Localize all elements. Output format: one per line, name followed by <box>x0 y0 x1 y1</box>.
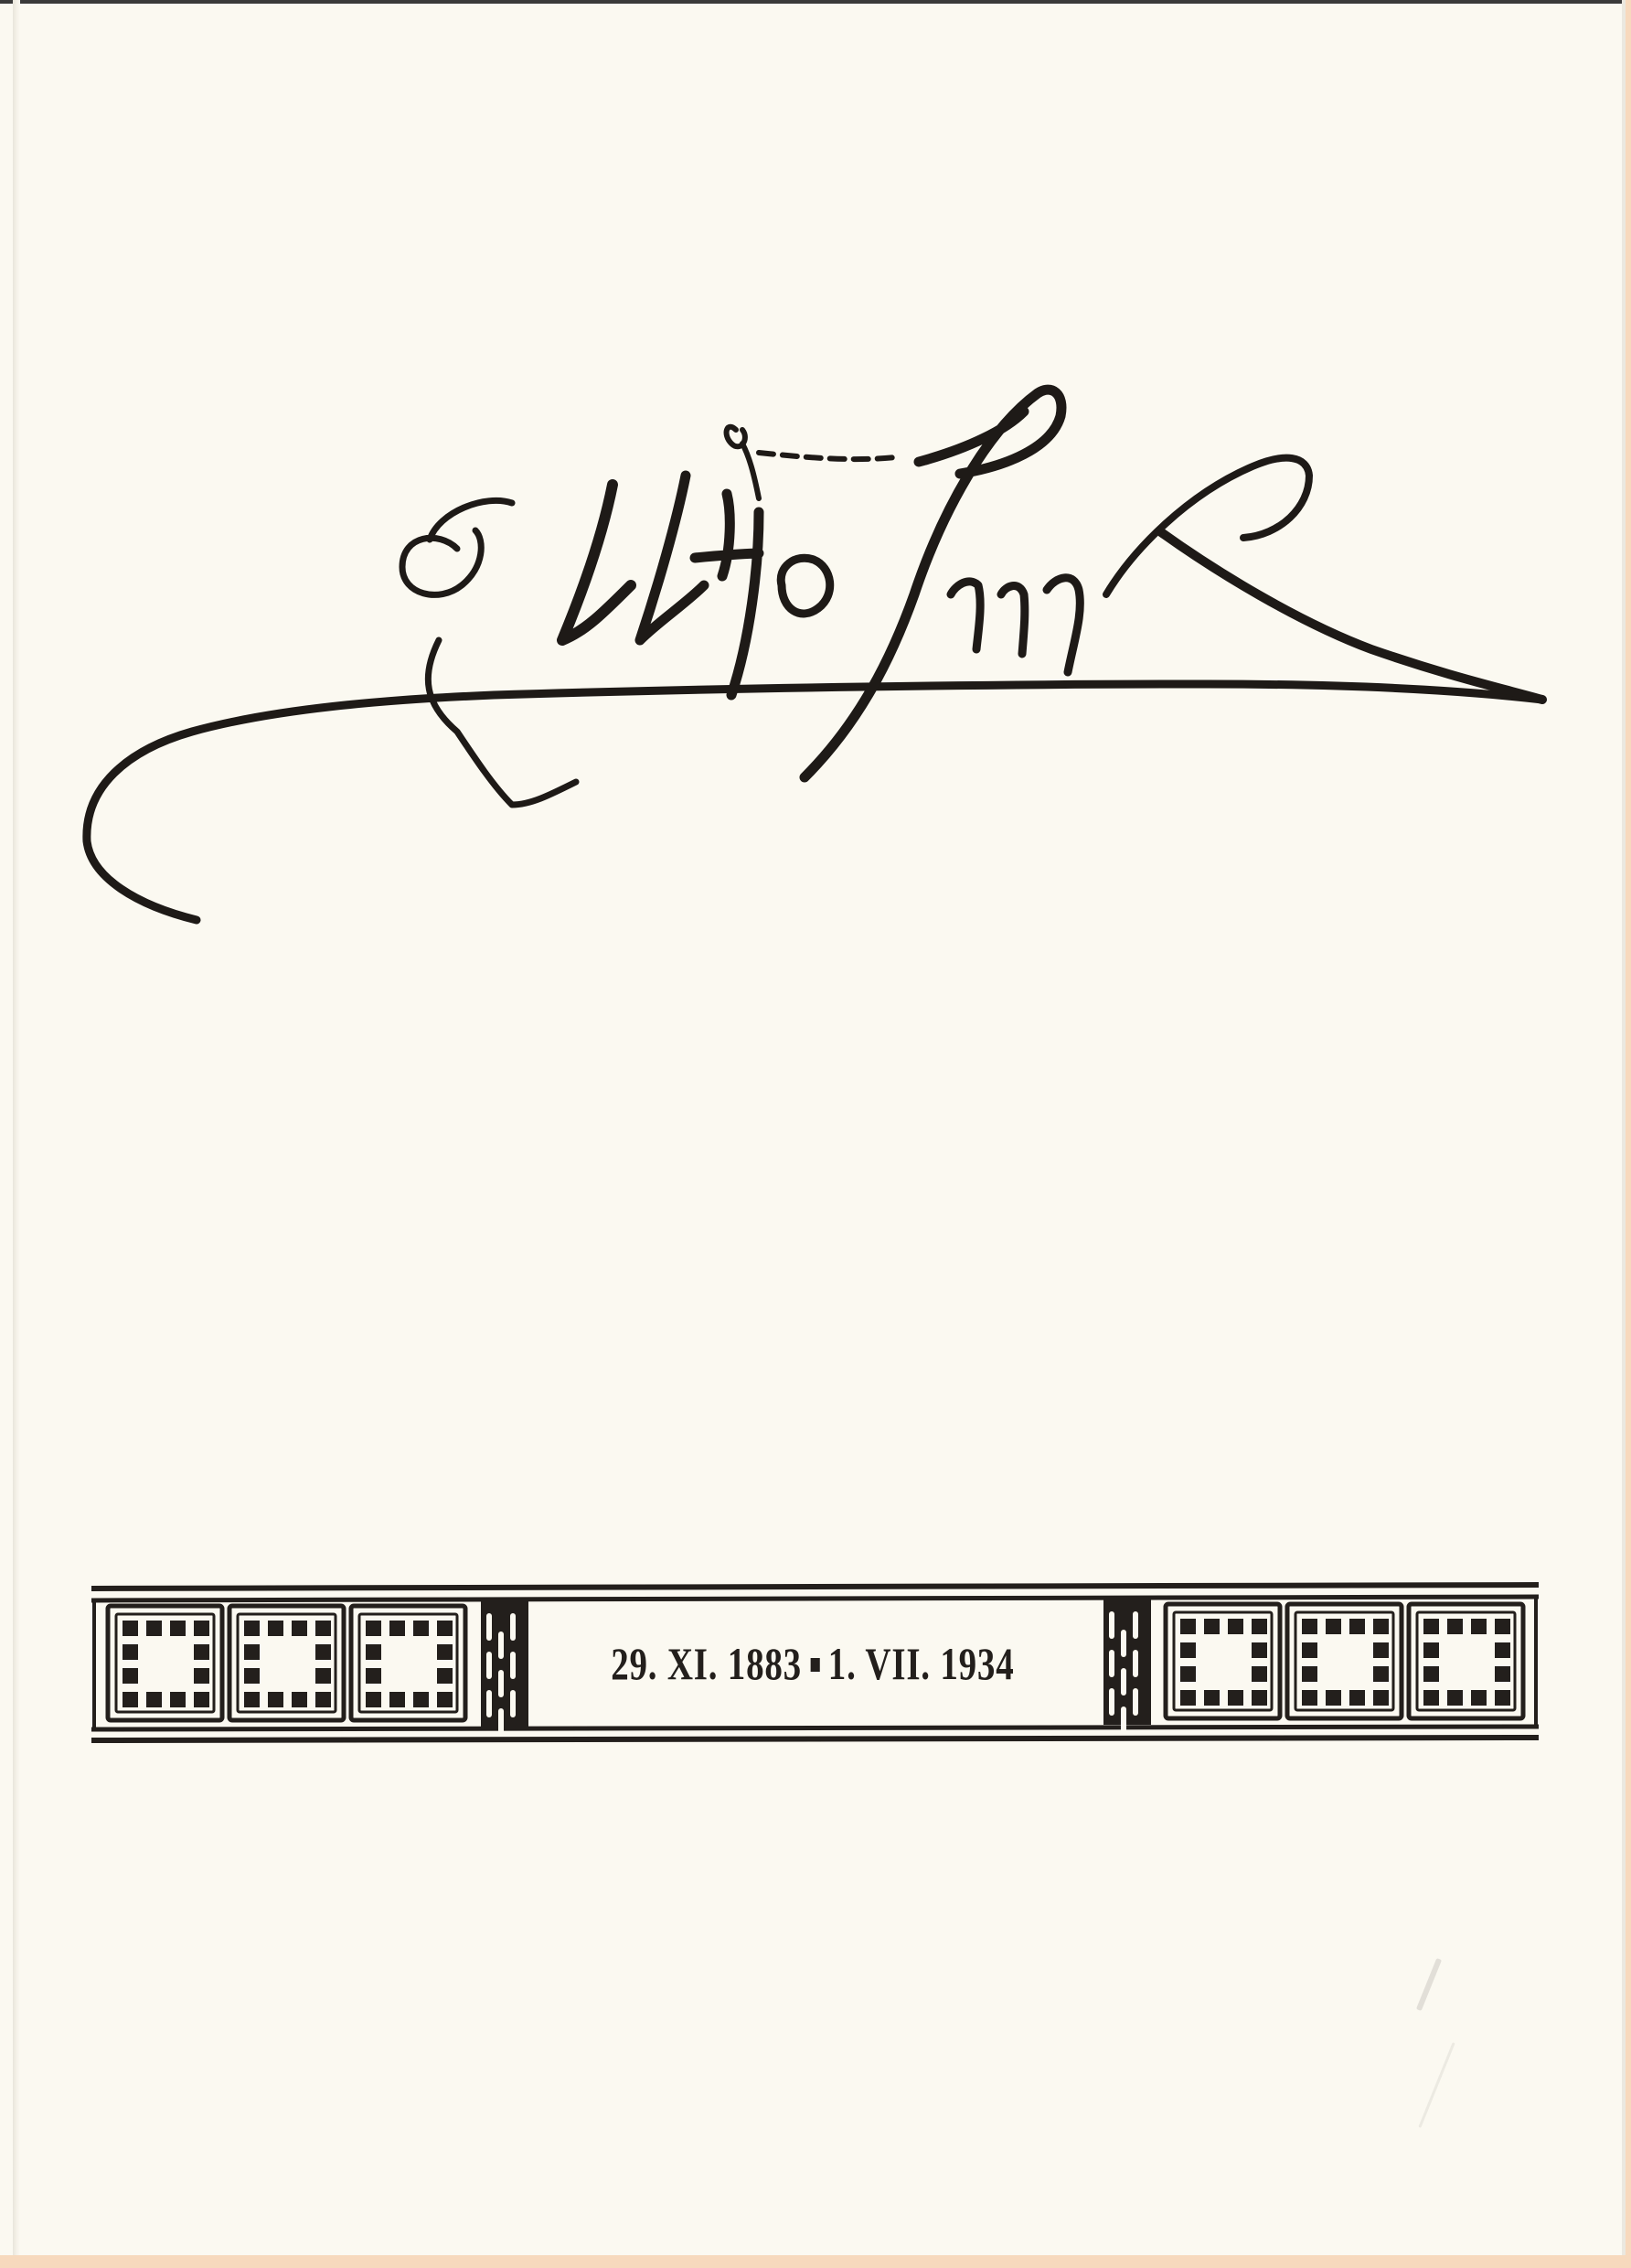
spine-fold <box>13 0 20 2255</box>
square-bullet-icon <box>810 1658 819 1672</box>
scuff-mark <box>1416 1958 1442 2011</box>
date-text: 29. XI. 18831. VII. 1934 <box>611 1637 1014 1690</box>
death-date: 1. VII. 1934 <box>828 1638 1015 1689</box>
page-edge <box>1622 0 1626 2255</box>
scuff-mark <box>1418 2042 1455 2128</box>
book-cover <box>0 0 1626 2255</box>
birth-date: 29. XI. 1883 <box>611 1638 802 1689</box>
date-range: 29. XI. 18831. VII. 1934 <box>528 1600 1097 1727</box>
